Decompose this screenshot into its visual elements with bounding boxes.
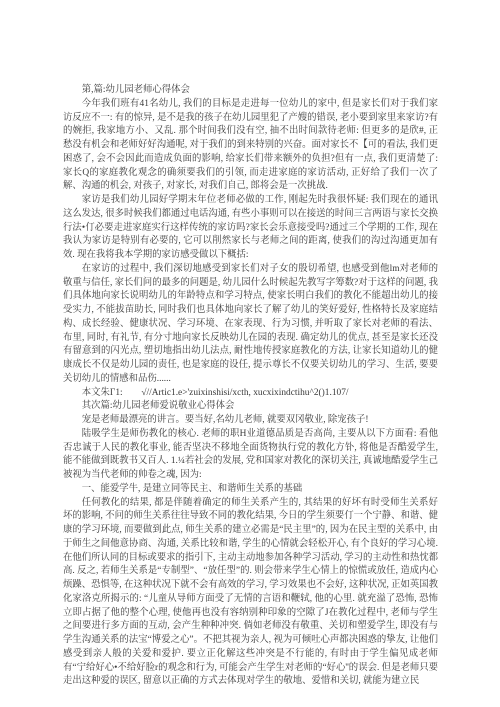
essay2-section-heading: 一、能爱学牛, 是建立同等民主、和谐师生关系的基础	[63, 483, 438, 497]
essay1-paragraph-3: 在家访的过程中, 我们深切地感受到家长们对子女的殷切希望, 也感受到他lm对老师…	[63, 263, 438, 387]
essay2-intro-line: 宠是老师最漂亮的讲言。要当好,名幼儿老师, 就要双冈敬业, 除宠孩子!	[63, 414, 438, 428]
essay2-title: 其次篇:幼儿园老师爱说敬业心得体会	[63, 400, 438, 414]
essay1-title: 第,篇:幼儿园老师心得体会	[63, 84, 438, 98]
document-page: 第,篇:幼儿园老师心得体会 今年我们班有41名幼儿, 我们的目标是走进每一位幼儿…	[0, 0, 500, 707]
source-reference-line: 本文朱Γ1: √//Artic1.e>'zuixinshisi/xcth, xu…	[63, 387, 438, 401]
essay2-paragraph-1: 陆吸学生是师伤教化的核心. 老师的职H业道德品质是否高尚, 主要从以下方面看: …	[63, 428, 438, 483]
essay1-paragraph-1: 今年我们班有41名幼儿, 我们的目标是走进每一位幼儿的家中, 但是家长们对于我们…	[63, 98, 438, 194]
document-text-block: 第,篇:幼儿园老师心得体会 今年我们班有41名幼儿, 我们的目标是走进每一位幼儿…	[63, 84, 438, 689]
essay2-paragraph-2: 任何教化的结果, 都是伴随着确定的师生关系产生的, 其结果的好坏有时受师生关系好…	[63, 497, 438, 690]
essay1-paragraph-2: 家访是我们幼儿园好学期末年位老师必做的工作, 刚起先时我很怀疑: 我们现在的通讯…	[63, 194, 438, 263]
